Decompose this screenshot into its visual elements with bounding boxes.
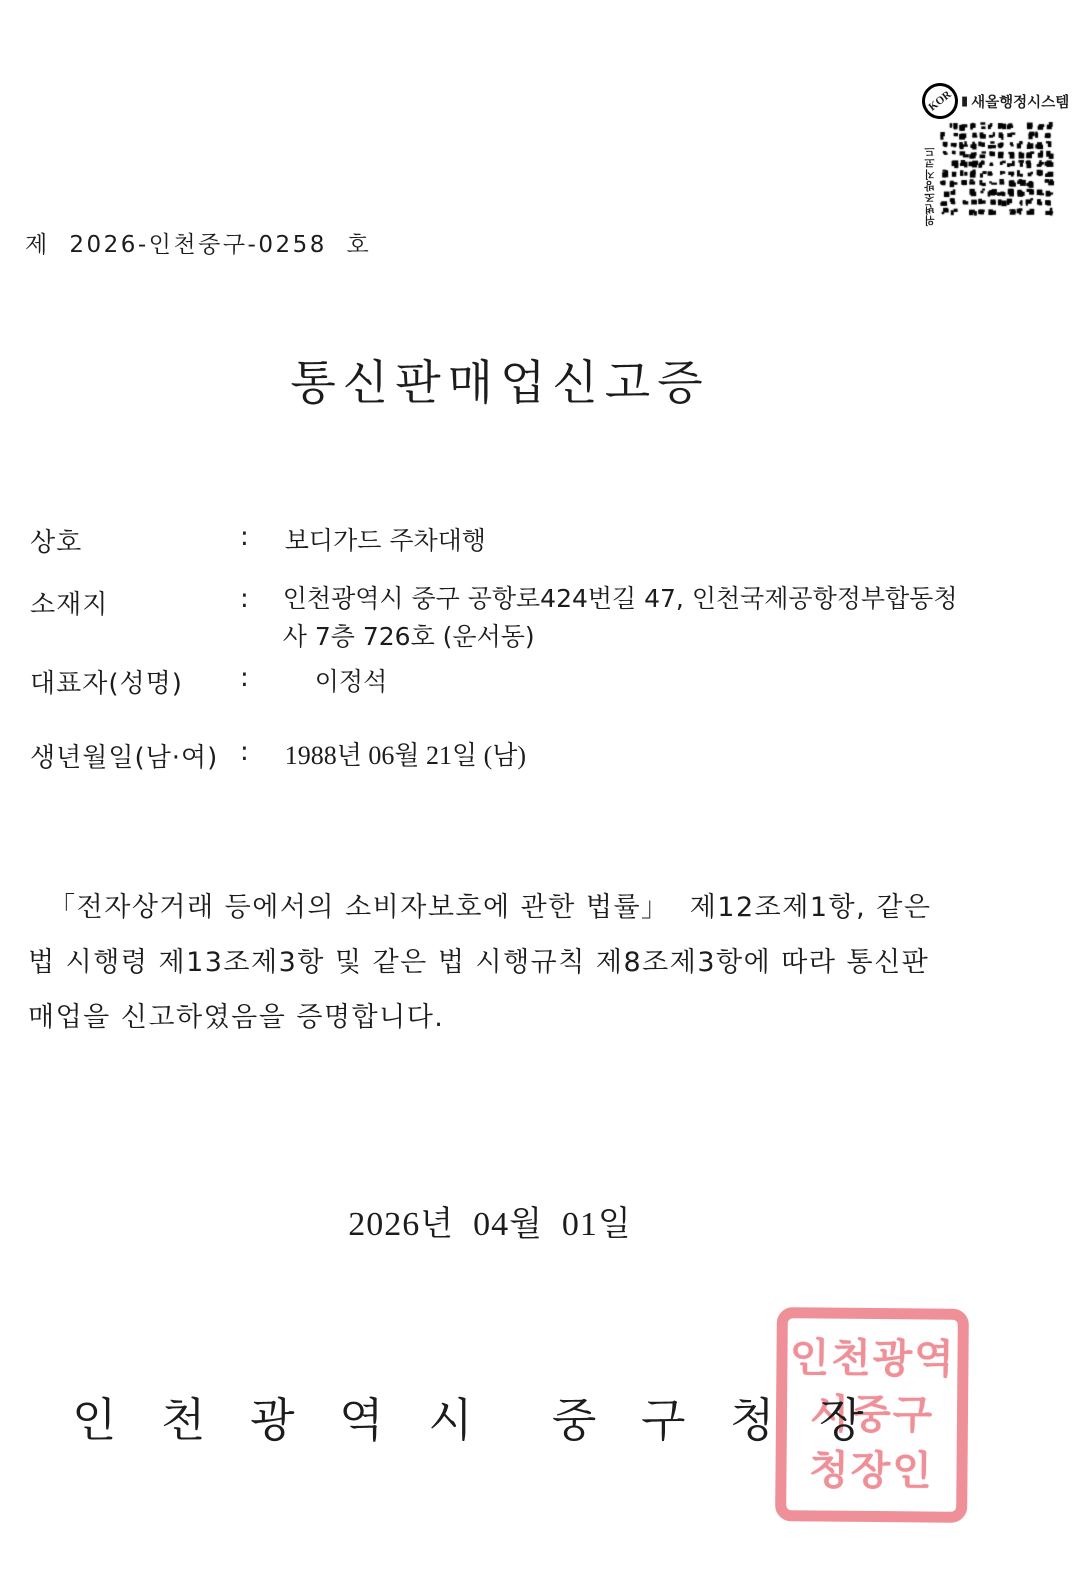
system-mark-icon: ▮ (961, 95, 968, 108)
2d-barcode (939, 120, 1057, 226)
barcode-side-caption: 위변조방지코드 (922, 120, 937, 226)
field-label: 소재지 (30, 584, 226, 621)
seal-text-row: 청장인 (809, 1442, 934, 1499)
field-trade-name: 상호: 보디가드 주차대행 (30, 522, 486, 560)
field-label: 상호 (30, 522, 226, 559)
field-representative: 대표자(성명): 이정석 (30, 663, 387, 701)
field-colon: : (240, 663, 249, 693)
statement-line: 매업을 신고하였음을 증명합니다. (28, 990, 931, 1045)
field-label: 생년월일(남·여) (30, 737, 226, 774)
verification-stamp-header: KOR ▮ 새올행정시스템 (922, 84, 1074, 118)
statement-line: 「전자상거래 등에서의 소비자보호에 관한 법률」 제12조제1항, 같은 (28, 880, 931, 935)
verification-stamp-body: 위변조방지코드 (922, 120, 1074, 226)
field-value: 인천광역시 중구 공항로424번길 47, 인천국제공항정부합동청 사 7층 7… (283, 580, 958, 656)
field-colon: : (240, 584, 249, 614)
seal-text-row: 인천광역 (789, 1330, 955, 1387)
issue-date: 2026년 04월 01일 (0, 1196, 980, 1245)
kor-logo-icon: KOR (915, 76, 966, 127)
field-colon: : (240, 522, 249, 552)
field-label: 대표자(성명) (30, 663, 226, 700)
issuing-authority: 인 천 광 역 시 중 구 청 장 (72, 1384, 874, 1450)
field-value: 이정석 (315, 663, 387, 701)
field-colon: : (240, 737, 249, 767)
document-title: 통신판매업신고증 (0, 346, 1000, 413)
verification-stamp: KOR ▮ 새올행정시스템 위변조방지코드 (922, 84, 1074, 226)
field-value: 1988년 06월 21일 (남) (285, 737, 526, 775)
field-value: 보디가드 주차대행 (285, 522, 486, 560)
system-name-label: 새올행정시스템 (971, 91, 1069, 112)
statement-line: 법 시행령 제13조제3항 및 같은 법 시행규칙 제8조제3항에 따라 통신판 (28, 935, 931, 990)
field-birthdate: 생년월일(남·여): 1988년 06월 21일 (남) (30, 737, 526, 775)
document-number: 제 2026-인천중구-0258 호 (25, 226, 371, 259)
field-address: 소재지: 인천광역시 중구 공항로424번길 47, 인천국제공항정부합동청 사… (30, 584, 957, 656)
certification-statement: 「전자상거래 등에서의 소비자보호에 관한 법률」 제12조제1항, 같은 법 … (28, 880, 931, 1045)
certificate-document: KOR ▮ 새올행정시스템 위변조방지코드 제 2026-인천중구-0258 호… (0, 0, 1078, 1571)
